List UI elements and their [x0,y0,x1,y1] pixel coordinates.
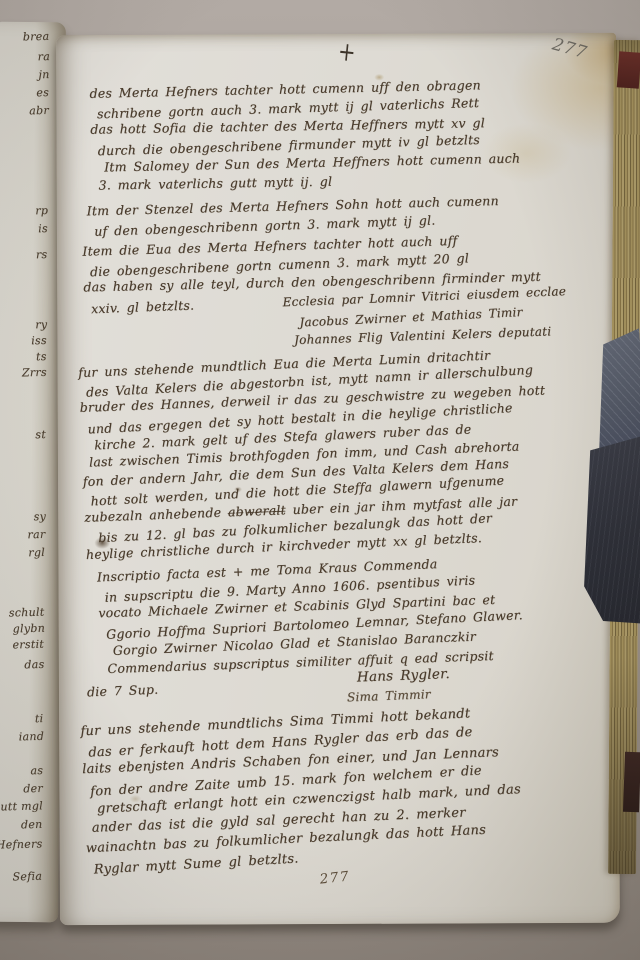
handwriting-fragment: is [38,222,48,235]
handwriting-fragment: rp [35,204,48,217]
book-cover-edge [623,752,640,813]
inscriptio-date-line: die 7 Sup. [87,682,159,700]
handwriting-fragment: iand [18,730,44,744]
cross-mark: + [337,36,358,68]
book-cover-edge [617,51,640,88]
handwriting-fragment: st [35,428,46,441]
handwriting-fragment: gutt mgl [0,799,43,813]
witness-list: Ecclesia par Lomnir Vitrici eiusdem eccl… [282,282,568,352]
handwriting-fragment: glybn [12,622,45,636]
handwriting-fragment: Zrrs [22,366,47,380]
handwriting-fragment: ra [37,50,50,63]
handwriting-fragment: es [36,86,49,99]
handwriting-fragment: ti [35,712,44,725]
handwriting-fragment: den [21,818,43,832]
page-number-pencil: 277 [550,35,590,64]
sale-entry-block: fur uns stehende mundtlichs Sima Timmi h… [80,702,524,878]
handwriting-fragment: ts [36,350,47,363]
page-number-ink: 277 [319,868,351,887]
inscriptio-block: Inscriptio facta est + me Toma Kraus Com… [97,552,525,680]
signature-sima-timmir: Sima Timmir [347,687,431,704]
manuscript-page: + 277 des Merta Hefners tachter hott cum… [56,33,620,925]
handwriting-fragment: rgl [28,546,45,559]
handwriting-fragment: brea [23,30,50,44]
handwriting-fragment: rar [27,528,45,541]
handwriting-fragment: ry [35,318,47,331]
handwriting-fragment: iss [31,334,47,347]
entry-block-1: des Merta Hefners tachter hott cumenn uf… [89,75,520,195]
handwriting-fragment: sy [33,510,46,523]
handwriting-fragment: abr [29,104,49,118]
photo-scene: brearajnesabrrpisrsryisstsZrrsstsyrarrgl… [0,0,640,960]
handwriting-fragment: schult [9,606,45,620]
handwriting-fragment: das [24,658,44,672]
main-entry-block: fur uns stehende mundtlich Eua die Merta… [78,344,552,564]
handwriting-fragment: erstit [13,638,45,652]
handwriting-fragment: jn [38,68,49,81]
handwriting-fragment: as [30,764,43,777]
handwriting-fragment: rs [36,248,48,261]
handwriting-fragment: Hefners [0,837,43,851]
handwriting-fragment: Sefia [13,870,43,884]
signature-hans-rygler: Hans Rygler. [357,666,451,686]
handwriting-fragment: der [23,782,43,796]
